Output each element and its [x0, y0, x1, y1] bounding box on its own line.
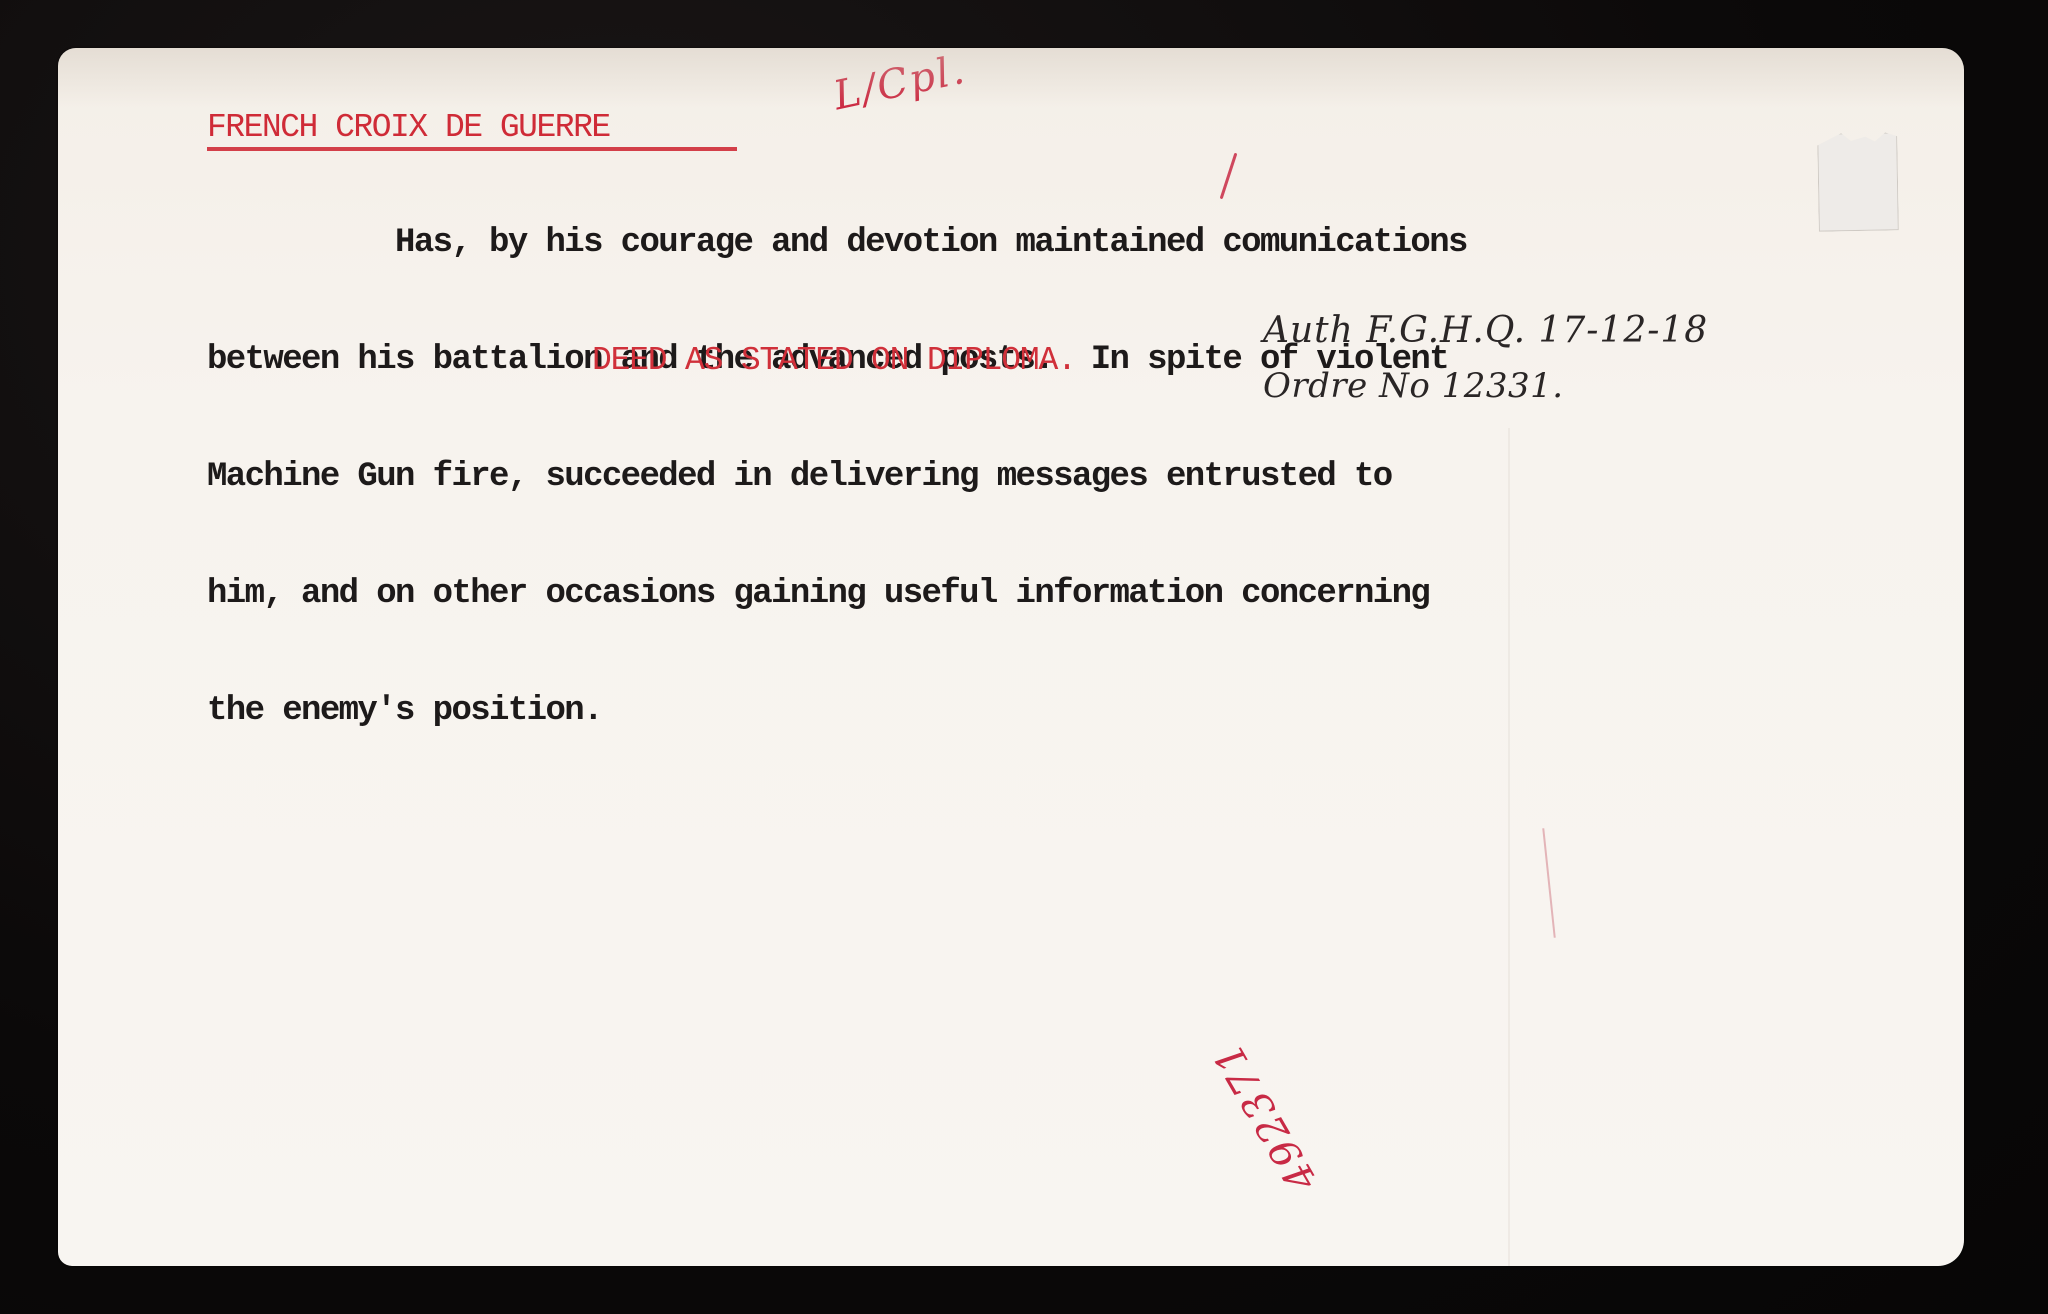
citation-text: Has, by his courage and devotion maintai… [207, 146, 1467, 809]
deed-statement: DEED AS STATED ON DIPLOMA. [592, 342, 1076, 379]
stray-pencil-mark [1542, 828, 1555, 938]
handwritten-reference-number: 492371 [1204, 1033, 1326, 1199]
citation-line: Machine Gun fire, succeeded in deliverin… [207, 458, 1467, 497]
tape-remnant [1817, 132, 1899, 231]
record-card: L/Cpl. FRENCH CROIX DE GUERRE Has, by hi… [58, 48, 1964, 1266]
handwritten-authority: Auth F.G.H.Q. 17-12-18 [1263, 310, 1708, 351]
award-heading: FRENCH CROIX DE GUERRE [207, 108, 610, 148]
citation-line: the enemy's position. [207, 692, 1467, 731]
citation-line: Has, by his courage and devotion maintai… [207, 224, 1467, 263]
handwritten-rank: L/Cpl. [830, 48, 970, 119]
citation-line: him, and on other occasions gaining usef… [207, 575, 1467, 614]
handwritten-order-number: Ordre No 12331. [1263, 366, 1564, 406]
